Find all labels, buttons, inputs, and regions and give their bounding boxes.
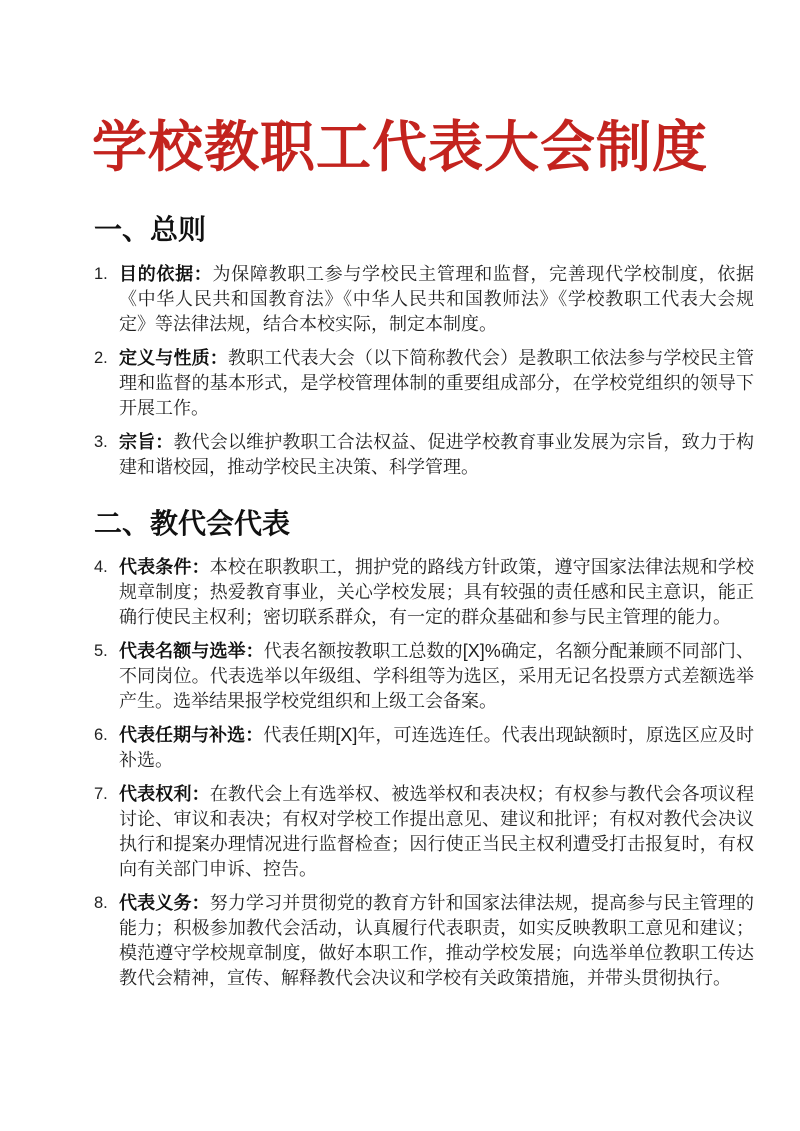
item-label: 宗旨： <box>119 432 173 452</box>
item-label: 代表条件： <box>119 557 210 577</box>
item-body: 代表名额与选举：代表名额按教职工总数的[X]%确定，名额分配兼顾不同部门、不同岗… <box>119 639 754 714</box>
item-body: 宗旨：教代会以维护教职工合法权益、促进学校教育事业发展为宗旨，致力于构建和谐校园… <box>119 430 754 480</box>
document-title: 学校教职工代表大会制度 <box>0 116 800 179</box>
section-general-items: 1. 目的依据：为保障教职工参与学校民主管理和监督，完善现代学校制度，依据《中华… <box>94 262 754 480</box>
item-number: 1. <box>94 262 119 287</box>
item-label: 代表义务： <box>119 893 210 913</box>
item-label: 代表任期与补选： <box>119 725 263 745</box>
item-body: 代表条件：本校在职教职工，拥护党的路线方针政策，遵守国家法律法规和学校规章制度；… <box>119 555 754 630</box>
item-body: 目的依据：为保障教职工参与学校民主管理和监督，完善现代学校制度，依据《中华人民共… <box>119 262 754 337</box>
section-heading-general-principles: 一、总则 <box>94 213 754 247</box>
item-number: 3. <box>94 430 119 455</box>
document-page: 学校教职工代表大会制度 一、总则 1. 目的依据：为保障教职工参与学校民主管理和… <box>0 0 800 1131</box>
list-item: 3. 宗旨：教代会以维护教职工合法权益、促进学校教育事业发展为宗旨，致力于构建和… <box>94 430 754 480</box>
list-item: 1. 目的依据：为保障教职工参与学校民主管理和监督，完善现代学校制度，依据《中华… <box>94 262 754 337</box>
list-item: 6. 代表任期与补选：代表任期[X]年，可连选连任。代表出现缺额时，原选区应及时… <box>94 723 754 773</box>
list-item: 4. 代表条件：本校在职教职工，拥护党的路线方针政策，遵守国家法律法规和学校规章… <box>94 555 754 630</box>
item-text: 本校在职教职工，拥护党的路线方针政策，遵守国家法律法规和学校规章制度；热爱教育事… <box>119 557 754 627</box>
item-text: 在教代会上有选举权、被选举权和表决权；有权参与教代会各项议程讨论、审议和表决；有… <box>119 784 754 879</box>
item-number: 2. <box>94 346 119 371</box>
item-body: 代表权利：在教代会上有选举权、被选举权和表决权；有权参与教代会各项议程讨论、审议… <box>119 782 754 882</box>
item-label: 代表权利： <box>119 784 210 804</box>
section-heading-congress-representatives: 二、教代会代表 <box>94 507 754 541</box>
list-item: 5. 代表名额与选举：代表名额按教职工总数的[X]%确定，名额分配兼顾不同部门、… <box>94 639 754 714</box>
list-item: 2. 定义与性质：教职工代表大会（以下简称教代会）是教职工依法参与学校民主管理和… <box>94 346 754 421</box>
item-number: 7. <box>94 782 119 807</box>
item-label: 定义与性质： <box>119 348 228 368</box>
item-body: 代表义务：努力学习并贯彻党的教育方针和国家法律法规，提高参与民主管理的能力；积极… <box>119 891 754 991</box>
item-label: 目的依据： <box>119 264 212 284</box>
item-text: 努力学习并贯彻党的教育方针和国家法律法规，提高参与民主管理的能力；积极参加教代会… <box>119 893 754 988</box>
list-item: 8. 代表义务：努力学习并贯彻党的教育方针和国家法律法规，提高参与民主管理的能力… <box>94 891 754 991</box>
section-representatives-items: 4. 代表条件：本校在职教职工，拥护党的路线方针政策，遵守国家法律法规和学校规章… <box>94 555 754 991</box>
item-label: 代表名额与选举： <box>119 641 264 661</box>
item-number: 8. <box>94 891 119 916</box>
list-item: 7. 代表权利：在教代会上有选举权、被选举权和表决权；有权参与教代会各项议程讨论… <box>94 782 754 882</box>
item-number: 4. <box>94 555 119 580</box>
item-body: 定义与性质：教职工代表大会（以下简称教代会）是教职工依法参与学校民主管理和监督的… <box>119 346 754 421</box>
item-text: 教代会以维护教职工合法权益、促进学校教育事业发展为宗旨，致力于构建和谐校园，推动… <box>119 432 754 477</box>
item-number: 6. <box>94 723 119 748</box>
item-text: 为保障教职工参与学校民主管理和监督，完善现代学校制度，依据《中华人民共和国教育法… <box>119 264 754 334</box>
item-body: 代表任期与补选：代表任期[X]年，可连选连任。代表出现缺额时，原选区应及时补选。 <box>119 723 754 773</box>
item-number: 5. <box>94 639 119 664</box>
